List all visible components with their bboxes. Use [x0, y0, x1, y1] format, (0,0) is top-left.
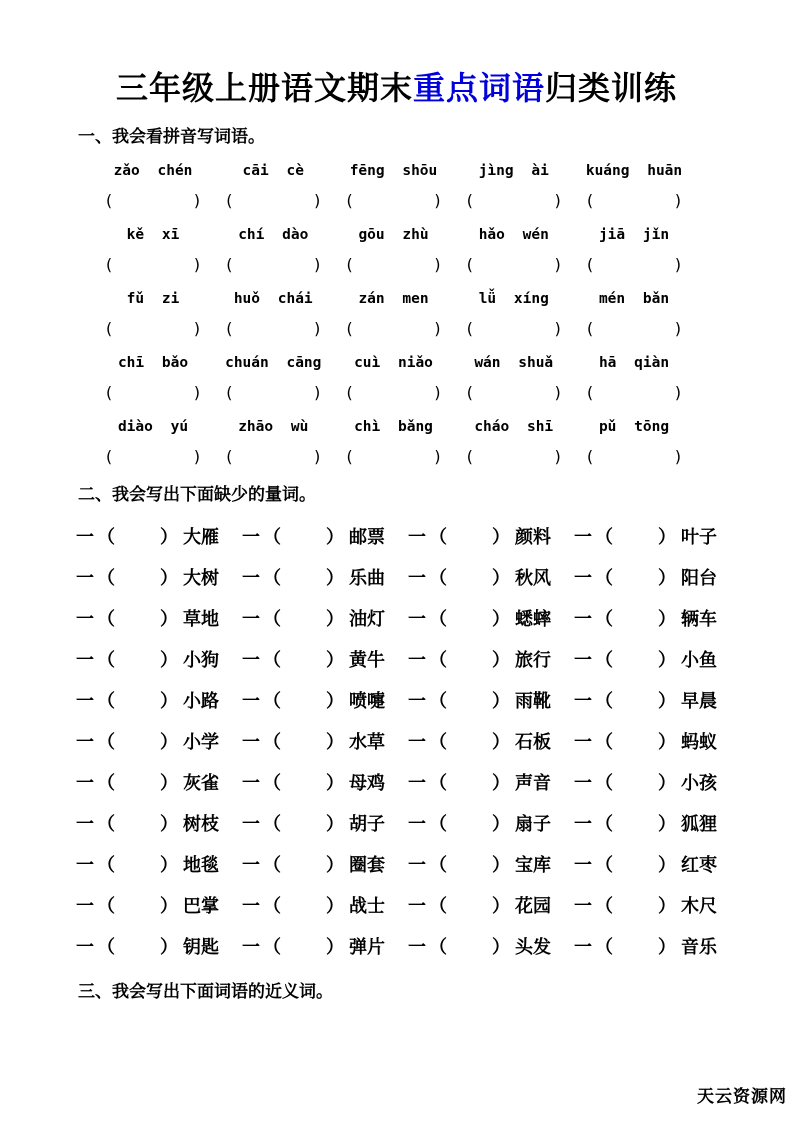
close-paren: ） [326, 814, 344, 834]
numeral-one: 一 [408, 814, 426, 834]
measure-word-item: 一（）圈套 [242, 855, 385, 875]
measure-word-item: 一（）阳台 [574, 568, 717, 588]
close-paren: ) [192, 318, 202, 340]
numeral-one: 一 [408, 732, 426, 752]
pinyin-exercise: zǎo chéncāi cèfēng shōujìng àikuáng huān… [104, 160, 683, 468]
noun-label: 油灯 [349, 609, 385, 629]
pinyin-label: zán men [345, 288, 443, 310]
numeral-one: 一 [242, 773, 260, 793]
answer-blank: () [465, 190, 563, 212]
numeral-one: 一 [76, 691, 94, 711]
close-paren: ） [492, 650, 510, 670]
numeral-one: 一 [408, 527, 426, 547]
answer-blank: () [224, 318, 322, 340]
open-paren: ( [585, 190, 595, 212]
close-paren: ) [673, 254, 683, 276]
measure-word-item: 一（）喷嚏 [242, 691, 385, 711]
open-paren: ( [104, 318, 114, 340]
pinyin-label: huǒ chái [224, 288, 322, 310]
measure-word-item: 一（）叶子 [574, 527, 717, 547]
pinyin-label: fēng shōu [345, 160, 443, 182]
noun-label: 颜料 [515, 527, 551, 547]
noun-label: 圈套 [349, 855, 385, 875]
pinyin-label: gōu zhù [345, 224, 443, 246]
noun-label: 阳台 [681, 568, 717, 588]
answer-blank: () [345, 318, 443, 340]
open-paren: ( [465, 382, 475, 404]
noun-label: 声音 [515, 773, 551, 793]
numeral-one: 一 [408, 650, 426, 670]
answer-blank: () [585, 382, 683, 404]
noun-label: 早晨 [681, 691, 717, 711]
numeral-one: 一 [574, 691, 592, 711]
open-paren: （ [595, 650, 613, 670]
close-paren: ） [160, 773, 178, 793]
noun-label: 乐曲 [349, 568, 385, 588]
section1-heading: 一、我会看拼音写词语。 [0, 126, 793, 148]
measure-word-item: 一（）战士 [242, 896, 385, 916]
measure-word-item: 一（）宝库 [408, 855, 551, 875]
measure-word-item: 一（）石板 [408, 732, 551, 752]
answer-blank: () [224, 254, 322, 276]
open-paren: （ [263, 527, 281, 547]
close-paren: ) [433, 382, 443, 404]
open-paren: ( [104, 254, 114, 276]
close-paren: ) [313, 318, 323, 340]
measure-word-item: 一（）声音 [408, 773, 551, 793]
numeral-one: 一 [242, 691, 260, 711]
noun-label: 音乐 [681, 937, 717, 957]
measure-word-row: 一（）灰雀一（）母鸡一（）声音一（）小孩 [76, 773, 717, 793]
close-paren: ） [160, 937, 178, 957]
close-paren: ） [492, 527, 510, 547]
noun-label: 弹片 [349, 937, 385, 957]
measure-word-row: 一（）地毯一（）圈套一（）宝库一（）红枣 [76, 855, 717, 875]
numeral-one: 一 [76, 773, 94, 793]
open-paren: ( [345, 318, 355, 340]
open-paren: ( [585, 318, 595, 340]
measure-word-item: 一（）小路 [76, 691, 219, 711]
open-paren: （ [97, 568, 115, 588]
noun-label: 巴掌 [183, 896, 219, 916]
measure-word-item: 一（）油灯 [242, 609, 385, 629]
noun-label: 红枣 [681, 855, 717, 875]
open-paren: ( [224, 254, 234, 276]
pinyin-label: pǔ tōng [585, 416, 683, 438]
title-highlight: 重点词语 [413, 70, 545, 106]
measure-word-item: 一（）草地 [76, 609, 219, 629]
noun-label: 喷嚏 [349, 691, 385, 711]
close-paren: ） [160, 855, 178, 875]
open-paren: （ [595, 568, 613, 588]
pinyin-group: fǔ zihuǒ cháizán menlǚ xíngmén bǎn()()()… [104, 288, 683, 340]
noun-label: 旅行 [515, 650, 551, 670]
noun-label: 小学 [183, 732, 219, 752]
numeral-one: 一 [574, 650, 592, 670]
open-paren: （ [263, 691, 281, 711]
close-paren: ） [492, 937, 510, 957]
answer-blank: () [465, 382, 563, 404]
measure-word-item: 一（）小孩 [574, 773, 717, 793]
measure-word-row: 一（）大雁一（）邮票一（）颜料一（）叶子 [76, 527, 717, 547]
measure-word-item: 一（）秋风 [408, 568, 551, 588]
measure-word-row: 一（）小路一（）喷嚏一（）雨靴一（）早晨 [76, 691, 717, 711]
noun-label: 小路 [183, 691, 219, 711]
section2-heading: 二、我会写出下面缺少的量词。 [0, 484, 793, 506]
pinyin-label: lǚ xíng [465, 288, 563, 310]
measure-word-item: 一（）大雁 [76, 527, 219, 547]
close-paren: ） [658, 732, 676, 752]
open-paren: （ [429, 609, 447, 629]
answer-blank: () [465, 254, 563, 276]
title-pre: 三年级上册语文期末 [116, 70, 413, 106]
close-paren: ) [433, 318, 443, 340]
close-paren: ） [492, 732, 510, 752]
numeral-one: 一 [76, 732, 94, 752]
measure-word-item: 一（）胡子 [242, 814, 385, 834]
worksheet-page: 三年级上册语文期末重点词语归类训练 一、我会看拼音写词语。 zǎo chéncā… [0, 0, 793, 1122]
pinyin-label: kě xī [104, 224, 202, 246]
open-paren: （ [97, 855, 115, 875]
measure-word-row: 一（）大树一（）乐曲一（）秋风一（）阳台 [76, 568, 717, 588]
numeral-one: 一 [76, 650, 94, 670]
close-paren: ） [492, 896, 510, 916]
measure-word-item: 一（）音乐 [574, 937, 717, 957]
close-paren: ） [160, 609, 178, 629]
measure-word-item: 一（）弹片 [242, 937, 385, 957]
pinyin-label: chī bǎo [104, 352, 202, 374]
close-paren: ） [658, 896, 676, 916]
close-paren: ) [433, 446, 443, 468]
close-paren: ） [160, 650, 178, 670]
numeral-one: 一 [408, 609, 426, 629]
close-paren: ） [160, 691, 178, 711]
measure-word-item: 一（）木尺 [574, 896, 717, 916]
close-paren: ) [313, 446, 323, 468]
noun-label: 黄牛 [349, 650, 385, 670]
noun-label: 小孩 [681, 773, 717, 793]
numeral-one: 一 [408, 568, 426, 588]
open-paren: ( [224, 382, 234, 404]
noun-label: 水草 [349, 732, 385, 752]
noun-label: 邮票 [349, 527, 385, 547]
pinyin-label: kuáng huān [585, 160, 683, 182]
open-paren: （ [429, 527, 447, 547]
close-paren: ） [492, 814, 510, 834]
noun-label: 地毯 [183, 855, 219, 875]
open-paren: ( [104, 190, 114, 212]
close-paren: ） [658, 691, 676, 711]
open-paren: （ [263, 609, 281, 629]
answer-blank: () [585, 254, 683, 276]
close-paren: ) [192, 446, 202, 468]
open-paren: ( [585, 446, 595, 468]
numeral-one: 一 [242, 937, 260, 957]
measure-word-item: 一（）颜料 [408, 527, 551, 547]
open-paren: ( [585, 382, 595, 404]
noun-label: 叶子 [681, 527, 717, 547]
open-paren: ( [224, 446, 234, 468]
measure-word-item: 一（）邮票 [242, 527, 385, 547]
measure-word-row: 一（）树枝一（）胡子一（）扇子一（）狐狸 [76, 814, 717, 834]
answer-blank: () [345, 446, 443, 468]
measure-word-item: 一（）乐曲 [242, 568, 385, 588]
open-paren: （ [97, 896, 115, 916]
close-paren: ) [673, 190, 683, 212]
open-paren: （ [595, 732, 613, 752]
numeral-one: 一 [408, 773, 426, 793]
section3-heading: 三、我会写出下面词语的近义词。 [0, 981, 793, 1003]
pinyin-group: chī bǎochuán cāngcuì niǎowán shuǎhā qiàn… [104, 352, 683, 404]
numeral-one: 一 [574, 732, 592, 752]
numeral-one: 一 [408, 937, 426, 957]
noun-label: 灰雀 [183, 773, 219, 793]
open-paren: （ [429, 732, 447, 752]
pinyin-label: zǎo chén [104, 160, 202, 182]
close-paren: ） [160, 568, 178, 588]
close-paren: ） [326, 896, 344, 916]
open-paren: （ [429, 937, 447, 957]
close-paren: ) [673, 382, 683, 404]
pinyin-label: cuì niǎo [345, 352, 443, 374]
open-paren: ( [345, 190, 355, 212]
close-paren: ） [326, 609, 344, 629]
close-paren: ) [553, 190, 563, 212]
numeral-one: 一 [76, 609, 94, 629]
open-paren: ( [224, 190, 234, 212]
close-paren: ) [673, 318, 683, 340]
pinyin-label: wán shuǎ [465, 352, 563, 374]
close-paren: ) [313, 382, 323, 404]
measure-word-item: 一（）花园 [408, 896, 551, 916]
close-paren: ） [326, 773, 344, 793]
noun-label: 蟋蟀 [515, 609, 551, 629]
answer-blank: () [345, 254, 443, 276]
open-paren: （ [97, 732, 115, 752]
answer-blank: () [224, 446, 322, 468]
noun-label: 扇子 [515, 814, 551, 834]
numeral-one: 一 [574, 896, 592, 916]
open-paren: ( [104, 446, 114, 468]
close-paren: ) [192, 190, 202, 212]
measure-word-row: 一（）巴掌一（）战士一（）花园一（）木尺 [76, 896, 717, 916]
open-paren: （ [97, 609, 115, 629]
open-paren: （ [97, 527, 115, 547]
numeral-one: 一 [574, 773, 592, 793]
close-paren: ） [160, 814, 178, 834]
numeral-one: 一 [76, 855, 94, 875]
pinyin-label: jìng ài [465, 160, 563, 182]
pinyin-label: zhāo wù [224, 416, 322, 438]
open-paren: （ [429, 691, 447, 711]
open-paren: （ [595, 773, 613, 793]
close-paren: ) [433, 190, 443, 212]
numeral-one: 一 [242, 855, 260, 875]
numeral-one: 一 [76, 568, 94, 588]
numeral-one: 一 [574, 568, 592, 588]
open-paren: （ [595, 691, 613, 711]
close-paren: ） [326, 732, 344, 752]
measure-word-item: 一（）小鱼 [574, 650, 717, 670]
noun-label: 小狗 [183, 650, 219, 670]
title-post: 归类训练 [545, 70, 677, 106]
close-paren: ） [326, 937, 344, 957]
pinyin-group: diào yúzhāo wùchì bǎngcháo shīpǔ tōng()(… [104, 416, 683, 468]
close-paren: ） [658, 814, 676, 834]
pinyin-label: cāi cè [224, 160, 322, 182]
noun-label: 大雁 [183, 527, 219, 547]
measure-word-row: 一（）小学一（）水草一（）石板一（）蚂蚁 [76, 732, 717, 752]
open-paren: （ [595, 814, 613, 834]
close-paren: ) [553, 382, 563, 404]
noun-label: 辆车 [681, 609, 717, 629]
close-paren: ) [313, 190, 323, 212]
close-paren: ） [492, 855, 510, 875]
close-paren: ) [433, 254, 443, 276]
noun-label: 战士 [349, 896, 385, 916]
close-paren: ） [326, 650, 344, 670]
numeral-one: 一 [242, 896, 260, 916]
open-paren: （ [595, 937, 613, 957]
pinyin-label: fǔ zi [104, 288, 202, 310]
close-paren: ) [192, 382, 202, 404]
open-paren: （ [263, 773, 281, 793]
measure-word-item: 一（）母鸡 [242, 773, 385, 793]
open-paren: （ [263, 937, 281, 957]
close-paren: ) [553, 254, 563, 276]
close-paren: ） [658, 650, 676, 670]
answer-blank: () [585, 446, 683, 468]
open-paren: （ [595, 609, 613, 629]
close-paren: ） [492, 609, 510, 629]
open-paren: （ [263, 855, 281, 875]
pinyin-group: zǎo chéncāi cèfēng shōujìng àikuáng huān… [104, 160, 683, 212]
close-paren: ) [192, 254, 202, 276]
open-paren: ( [345, 446, 355, 468]
pinyin-label: chí dào [224, 224, 322, 246]
pinyin-label: hā qiàn [585, 352, 683, 374]
open-paren: （ [263, 732, 281, 752]
measure-word-item: 一（）蟋蟀 [408, 609, 551, 629]
close-paren: ） [492, 773, 510, 793]
answer-blank: () [104, 190, 202, 212]
measure-word-item: 一（）头发 [408, 937, 551, 957]
open-paren: ( [345, 254, 355, 276]
noun-label: 草地 [183, 609, 219, 629]
pinyin-group: kě xīchí dàogōu zhùhǎo wénjiā jǐn()()()(… [104, 224, 683, 276]
page-title: 三年级上册语文期末重点词语归类训练 [0, 0, 793, 110]
pinyin-label: jiā jǐn [585, 224, 683, 246]
open-paren: （ [97, 814, 115, 834]
measure-word-row: 一（）钥匙一（）弹片一（）头发一（）音乐 [76, 937, 717, 957]
measure-word-item: 一（）早晨 [574, 691, 717, 711]
open-paren: （ [97, 773, 115, 793]
noun-label: 大树 [183, 568, 219, 588]
close-paren: ） [658, 527, 676, 547]
measure-word-item: 一（）大树 [76, 568, 219, 588]
numeral-one: 一 [408, 855, 426, 875]
watermark: 天云资源网 [697, 1082, 787, 1107]
measure-word-item: 一（）黄牛 [242, 650, 385, 670]
noun-label: 胡子 [349, 814, 385, 834]
close-paren: ） [658, 855, 676, 875]
noun-label: 钥匙 [183, 937, 219, 957]
open-paren: （ [263, 896, 281, 916]
noun-label: 石板 [515, 732, 551, 752]
measure-word-item: 一（）小学 [76, 732, 219, 752]
numeral-one: 一 [574, 855, 592, 875]
open-paren: （ [263, 814, 281, 834]
pinyin-label: chuán cāng [224, 352, 322, 374]
open-paren: （ [429, 855, 447, 875]
open-paren: （ [97, 937, 115, 957]
numeral-one: 一 [242, 650, 260, 670]
noun-label: 狐狸 [681, 814, 717, 834]
measure-word-item: 一（）红枣 [574, 855, 717, 875]
noun-label: 头发 [515, 937, 551, 957]
close-paren: ) [553, 446, 563, 468]
answer-blank: () [224, 382, 322, 404]
open-paren: ( [224, 318, 234, 340]
pinyin-label: chì bǎng [345, 416, 443, 438]
numeral-one: 一 [242, 527, 260, 547]
measure-word-item: 一（）狐狸 [574, 814, 717, 834]
close-paren: ） [326, 568, 344, 588]
open-paren: （ [429, 568, 447, 588]
open-paren: （ [263, 650, 281, 670]
answer-blank: () [104, 382, 202, 404]
open-paren: （ [595, 855, 613, 875]
measure-word-item: 一（）旅行 [408, 650, 551, 670]
open-paren: ( [465, 254, 475, 276]
pinyin-label: hǎo wén [465, 224, 563, 246]
open-paren: ( [345, 382, 355, 404]
open-paren: ( [465, 446, 475, 468]
open-paren: （ [429, 650, 447, 670]
numeral-one: 一 [76, 814, 94, 834]
measure-word-item: 一（）树枝 [76, 814, 219, 834]
open-paren: ( [465, 318, 475, 340]
measure-word-item: 一（）灰雀 [76, 773, 219, 793]
open-paren: （ [97, 691, 115, 711]
close-paren: ） [492, 691, 510, 711]
noun-label: 蚂蚁 [681, 732, 717, 752]
numeral-one: 一 [76, 937, 94, 957]
measure-word-item: 一（）小狗 [76, 650, 219, 670]
open-paren: ( [585, 254, 595, 276]
measure-word-item: 一（）巴掌 [76, 896, 219, 916]
open-paren: ( [104, 382, 114, 404]
numeral-one: 一 [408, 896, 426, 916]
answer-blank: () [104, 254, 202, 276]
measure-word-item: 一（）扇子 [408, 814, 551, 834]
numeral-one: 一 [242, 814, 260, 834]
noun-label: 花园 [515, 896, 551, 916]
measure-word-item: 一（）辆车 [574, 609, 717, 629]
pinyin-label: mén bǎn [585, 288, 683, 310]
numeral-one: 一 [76, 896, 94, 916]
close-paren: ） [658, 773, 676, 793]
noun-label: 树枝 [183, 814, 219, 834]
noun-label: 宝库 [515, 855, 551, 875]
measure-word-item: 一（）地毯 [76, 855, 219, 875]
close-paren: ） [658, 609, 676, 629]
open-paren: （ [97, 650, 115, 670]
noun-label: 小鱼 [681, 650, 717, 670]
close-paren: ) [673, 446, 683, 468]
pinyin-label: cháo shī [465, 416, 563, 438]
answer-blank: () [104, 318, 202, 340]
